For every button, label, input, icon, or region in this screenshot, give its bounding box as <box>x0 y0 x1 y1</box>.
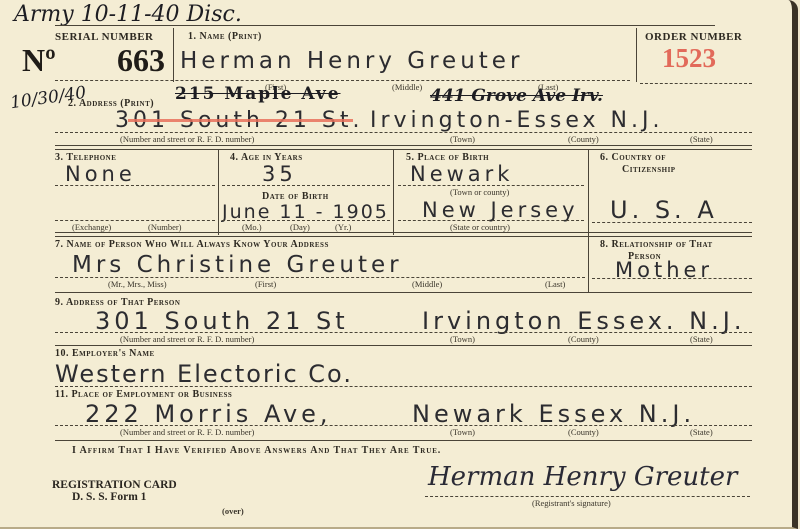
form-number: D. S. S. Form 1 <box>72 491 146 503</box>
address-correction: 441 Grove Ave Irv. <box>430 86 603 106</box>
dob-dotline <box>222 220 390 221</box>
section-rule-1 <box>55 145 752 150</box>
contact-first-sublabel: (First) <box>255 279 276 289</box>
employment-place-town-county-state: Newark Essex N.J. <box>412 400 695 428</box>
name-label: 1. Name (Print) <box>188 31 262 42</box>
address-county-sublabel: (County) <box>568 134 599 144</box>
section-rule-4 <box>55 345 752 346</box>
contact-person-label: 7. Name of Person Who Will Always Know Y… <box>55 239 329 250</box>
contact-address-state-sublabel: (State) <box>690 334 713 344</box>
registration-card-title: REGISTRATION CARD <box>52 479 177 491</box>
dob-day-sublabel: (Day) <box>290 222 310 232</box>
address-state-sublabel: (State) <box>690 134 713 144</box>
citizenship-value: U. S. A <box>610 196 718 224</box>
employer-value: Western Electoric Co. <box>55 360 353 388</box>
address-street-sublabel: (Number and street or R. F. D. number) <box>120 134 254 144</box>
employer-dotline <box>55 386 752 387</box>
employment-state-sublabel: (State) <box>690 427 713 437</box>
signature-dotline <box>425 496 750 497</box>
address-strike-red <box>128 119 353 122</box>
top-rule <box>55 25 715 26</box>
contact-address-street: 301 South 21 St <box>95 307 349 335</box>
citizenship-label-1: 6. Country of <box>600 152 666 163</box>
citizenship-label-2: Citizenship <box>622 164 676 175</box>
address-crossed-out: 215 Maple Ave <box>175 84 341 104</box>
employment-place-dotline <box>55 425 752 426</box>
over-note: (over) <box>222 506 244 516</box>
birthplace-state-dotline <box>398 220 584 221</box>
birthplace-town: Newark <box>410 162 513 186</box>
contact-person-dotline <box>55 277 585 278</box>
section-rule-3 <box>55 292 752 293</box>
relationship-label-1: 8. Relationship of That <box>600 239 713 250</box>
citizenship-dotline <box>592 222 752 223</box>
address-dotline <box>55 132 752 133</box>
contact-address-dotline <box>55 332 752 333</box>
employment-county-sublabel: (County) <box>568 427 599 437</box>
telephone-dotline-2 <box>55 220 215 221</box>
registrant-signature: Herman Henry Greuter <box>428 462 737 492</box>
signature-label: (Registrant's signature) <box>532 498 611 508</box>
employment-street-sublabel: (Number and street or R. F. D. number) <box>120 427 254 437</box>
contact-address-town-sublabel: (Town) <box>450 334 475 344</box>
employment-place-label: 11. Place of Employment or Business <box>55 389 232 400</box>
employment-place-street: 222 Morris Ave, <box>85 400 332 428</box>
contact-address-street-sublabel: (Number and street or R. F. D. number) <box>120 334 254 344</box>
contact-person-value: Mrs Christine Greuter <box>72 252 403 278</box>
divider-4-5 <box>393 150 394 235</box>
age-dotline <box>222 185 390 186</box>
age-value: 35 <box>262 162 297 186</box>
birthplace-town-sublabel: (Town or county) <box>450 187 509 197</box>
name-middle-sublabel: (Middle) <box>392 82 422 92</box>
contact-address-town-county-state: Irvington Essex. N.J. <box>422 307 745 335</box>
employer-label: 10. Employer's Name <box>55 348 155 359</box>
affirmation-text: I Affirm That I Have Verified Above Answ… <box>72 445 441 456</box>
divider-3-4 <box>218 150 219 235</box>
order-number-label: ORDER NUMBER <box>645 31 742 43</box>
contact-last-sublabel: (Last) <box>545 279 565 289</box>
address-town-county-state: Irvington-Essex N.J. <box>370 108 663 133</box>
serial-prefix: Nº <box>22 42 56 79</box>
birthplace-state-sublabel: (State or country) <box>450 222 510 232</box>
birthplace-state: New Jersey <box>422 198 579 222</box>
relationship-dotline <box>592 278 752 279</box>
name-value: Herman Henry Greuter <box>180 48 523 74</box>
contact-title-sublabel: (Mr., Mrs., Miss) <box>108 279 167 289</box>
dob-mo-sublabel: (Mo.) <box>242 222 262 232</box>
serial-number-value: 663 <box>117 42 165 79</box>
divider-5-6 <box>588 150 589 292</box>
registration-card: Army 10-11-40 Disc. SERIAL NUMBER Nº 663… <box>0 0 798 529</box>
telephone-number-sublabel: (Number) <box>148 222 182 232</box>
address-town-sublabel: (Town) <box>450 134 475 144</box>
telephone-value: None <box>65 162 136 186</box>
serial-divider <box>173 28 174 82</box>
name-dotline <box>55 80 630 81</box>
top-annotation: Army 10-11-40 Disc. <box>14 2 242 27</box>
order-divider <box>636 28 637 82</box>
contact-address-county-sublabel: (County) <box>568 334 599 344</box>
birthplace-town-dotline <box>398 185 584 186</box>
section-rule-5 <box>55 440 752 441</box>
telephone-exchange-sublabel: (Exchange) <box>72 222 111 232</box>
order-dotline <box>640 83 752 84</box>
telephone-dotline <box>55 185 215 186</box>
section-rule-2 <box>55 232 752 237</box>
contact-middle-sublabel: (Middle) <box>412 279 442 289</box>
employment-town-sublabel: (Town) <box>450 427 475 437</box>
dob-yr-sublabel: (Yr.) <box>335 222 351 232</box>
order-number-value: 1523 <box>662 43 716 74</box>
